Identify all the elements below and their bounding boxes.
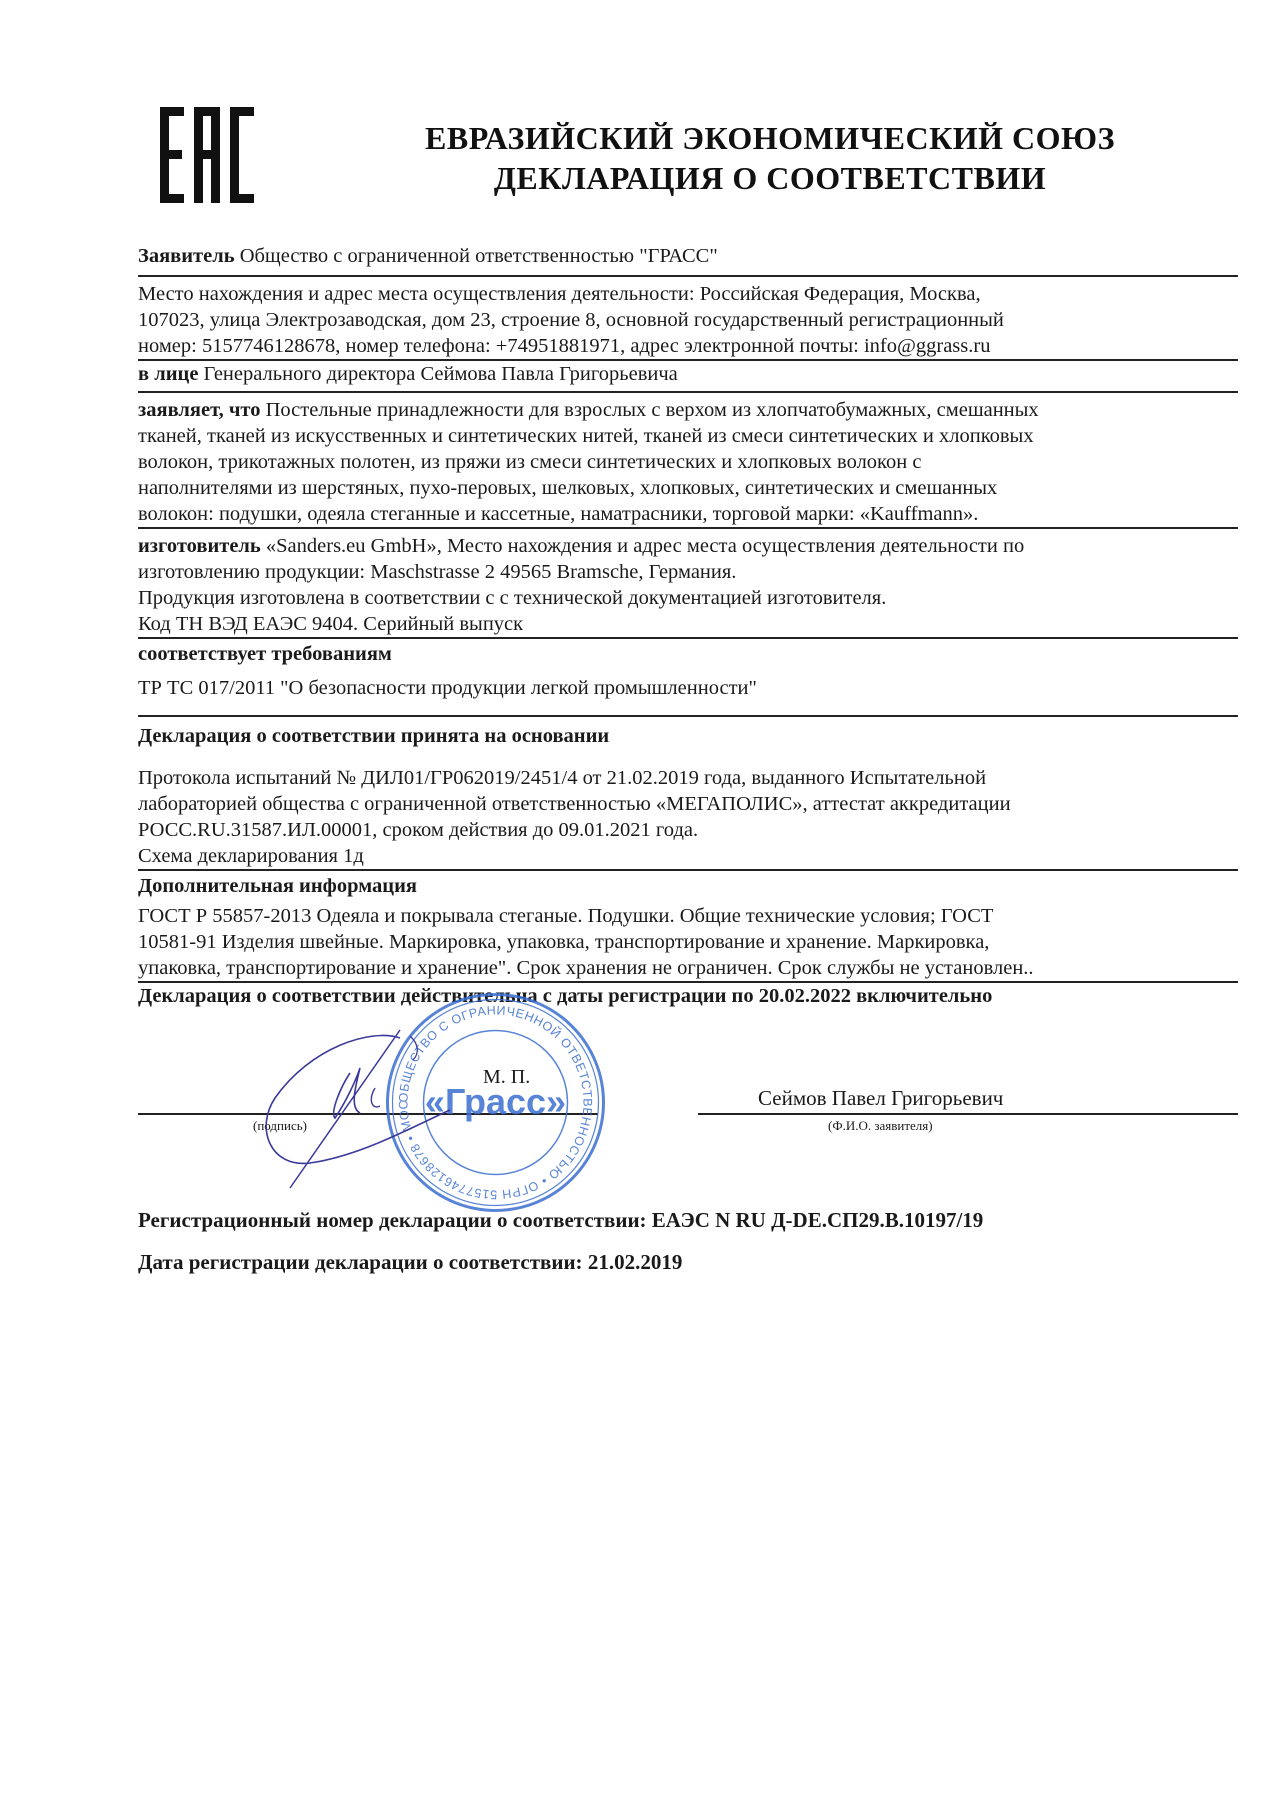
basis-line: Протокола испытаний № ДИЛ01/ГР062019/245…: [138, 765, 1238, 791]
additional-title: Дополнительная информация: [138, 871, 1238, 903]
representative-label: в лице: [138, 363, 198, 385]
applicant-label: Заявитель: [138, 245, 235, 267]
declares-line: волокон, трикотажных полотен, из пряжи и…: [138, 449, 1238, 475]
manufacturer-line: изготовлению продукции: Maschstrasse 2 4…: [138, 559, 1238, 585]
requirements-title: соответствует требованиям: [138, 639, 1238, 669]
registration-date: Дата регистрации декларации о соответств…: [138, 1250, 682, 1275]
manufacturer-line: Продукция изготовлена в соответствии с с…: [138, 585, 1238, 611]
signer-caption: (Ф.И.О. заявителя): [828, 1118, 933, 1134]
manufacturer-section: изготовитель «Sanders.eu GmbH», Место на…: [138, 529, 1238, 639]
additional-line: 10581-91 Изделия швейные. Маркировка, уп…: [138, 929, 1238, 955]
address-line: номер: 5157746128678, номер телефона: +7…: [138, 333, 1238, 361]
basis-section: Протокола испытаний № ДИЛ01/ГР062019/245…: [138, 765, 1238, 871]
title-declaration: ДЕКЛАРАЦИЯ О СООТВЕТСТВИИ: [360, 158, 1180, 198]
declares-label: заявляет, что: [138, 399, 260, 421]
manufacturer-line: «Sanders.eu GmbH», Место нахождения и ад…: [266, 535, 1024, 557]
additional-line: упаковка, транспортирование и хранение".…: [138, 955, 1238, 981]
basis-line: РОСС.RU.31587.ИЛ.00001, сроком действия …: [138, 817, 1238, 843]
manufacturer-label: изготовитель: [138, 535, 261, 557]
representative-value: Генерального директора Сеймова Павла Гри…: [204, 363, 678, 385]
address-section: Место нахождения и адрес места осуществл…: [138, 277, 1238, 361]
validity-text: Декларация о соответствии действительна …: [138, 983, 1238, 1009]
registration-number-value: ЕАЭС N RU Д-DE.СП29.В.10197/19: [652, 1208, 984, 1232]
basis-line: лабораторией общества с ограниченной отв…: [138, 791, 1238, 817]
registration-number: Регистрационный номер декларации о соотв…: [138, 1208, 983, 1233]
basis-title: Декларация о соответствии принята на осн…: [138, 717, 1238, 765]
document-title: ЕВРАЗИЙСКИЙ ЭКОНОМИЧЕСКИЙ СОЮЗ ДЕКЛАРАЦИ…: [360, 118, 1180, 198]
requirements-value: ТР ТС 017/2011 "О безопасности продукции…: [138, 669, 1238, 717]
handwritten-signature-icon: [250, 1018, 480, 1198]
address-line: 107023, улица Электрозаводская, дом 23, …: [138, 307, 1238, 333]
declares-line: тканей, тканей из искусственных и синтет…: [138, 423, 1238, 449]
representative-section: в лице Генерального директора Сеймова Па…: [138, 361, 1238, 393]
basis-line: Схема декларирования 1д: [138, 843, 1238, 869]
declares-line: наполнителями из шерстяных, пухо-перовых…: [138, 475, 1238, 501]
eac-logo-icon: [158, 105, 258, 205]
title-union: ЕВРАЗИЙСКИЙ ЭКОНОМИЧЕСКИЙ СОЮЗ: [360, 118, 1180, 158]
additional-section: ГОСТ Р 55857-2013 Одеяла и покрывала сте…: [138, 903, 1238, 983]
declaration-page: ЕВРАЗИЙСКИЙ ЭКОНОМИЧЕСКИЙ СОЮЗ ДЕКЛАРАЦИ…: [0, 0, 1273, 1800]
registration-date-value: 21.02.2019: [588, 1250, 683, 1274]
name-line: [698, 1113, 1238, 1115]
declares-line: Постельные принадлежности для взрослых с…: [266, 399, 1039, 421]
document-body: Заявитель Общество с ограниченной ответс…: [138, 243, 1238, 1009]
registration-number-label: Регистрационный номер декларации о соотв…: [138, 1208, 647, 1232]
address-line: Место нахождения и адрес места осуществл…: [138, 281, 1238, 307]
registration-date-label: Дата регистрации декларации о соответств…: [138, 1250, 583, 1274]
additional-line: ГОСТ Р 55857-2013 Одеяла и покрывала сте…: [138, 903, 1238, 929]
signer-name: Сеймов Павел Григорьевич: [758, 1086, 1003, 1111]
manufacturer-line: Код ТН ВЭД ЕАЭС 9404. Серийный выпуск: [138, 611, 1238, 637]
applicant-section: Заявитель Общество с ограниченной ответс…: [138, 243, 1238, 277]
declares-line: волокон: подушки, одеяла стеганные и кас…: [138, 501, 1238, 527]
declares-section: заявляет, что Постельные принадлежности …: [138, 393, 1238, 529]
applicant-value: Общество с ограниченной ответственностью…: [240, 245, 718, 267]
